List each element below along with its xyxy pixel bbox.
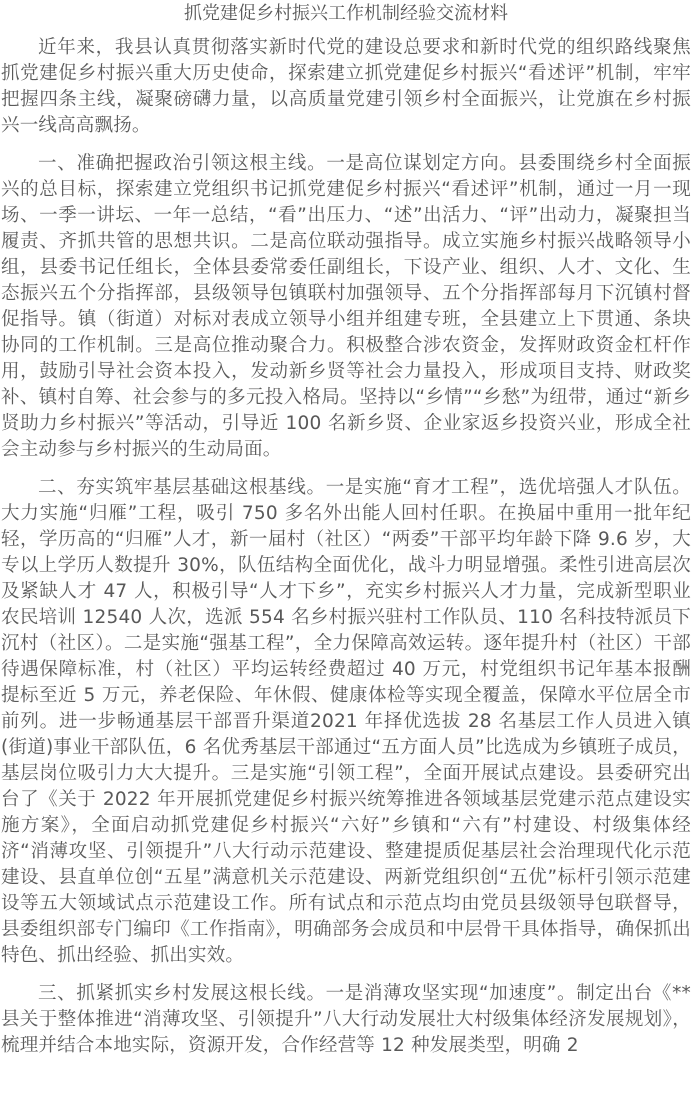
document-title: 抓党建促乡村振兴工作机制经验交流材料 — [1, 1, 691, 27]
document: 抓党建促乡村振兴工作机制经验交流材料 近年来，我县认真贯彻落实新时代党的建设总要… — [0, 1, 693, 1059]
paragraph-section-3: 三、抓紧抓实乡村发展这根长线。一是消薄攻坚实现“加速度”。制定出台《**县关于整… — [1, 981, 691, 1059]
paragraph-intro: 近年来，我县认真贯彻落实新时代党的建设总要求和新时代党的组织路线聚焦抓党建促乡村… — [1, 35, 691, 139]
paragraph-section-2: 二、夯实筑牢基层基础这根基线。一是实施“育才工程”，选优培强人才队伍。大力实施“… — [1, 475, 691, 969]
paragraph-section-1: 一、准确把握政治引领这根主线。一是高位谋划定方向。县委围绕乡村全面振兴的总目标，… — [1, 151, 691, 463]
